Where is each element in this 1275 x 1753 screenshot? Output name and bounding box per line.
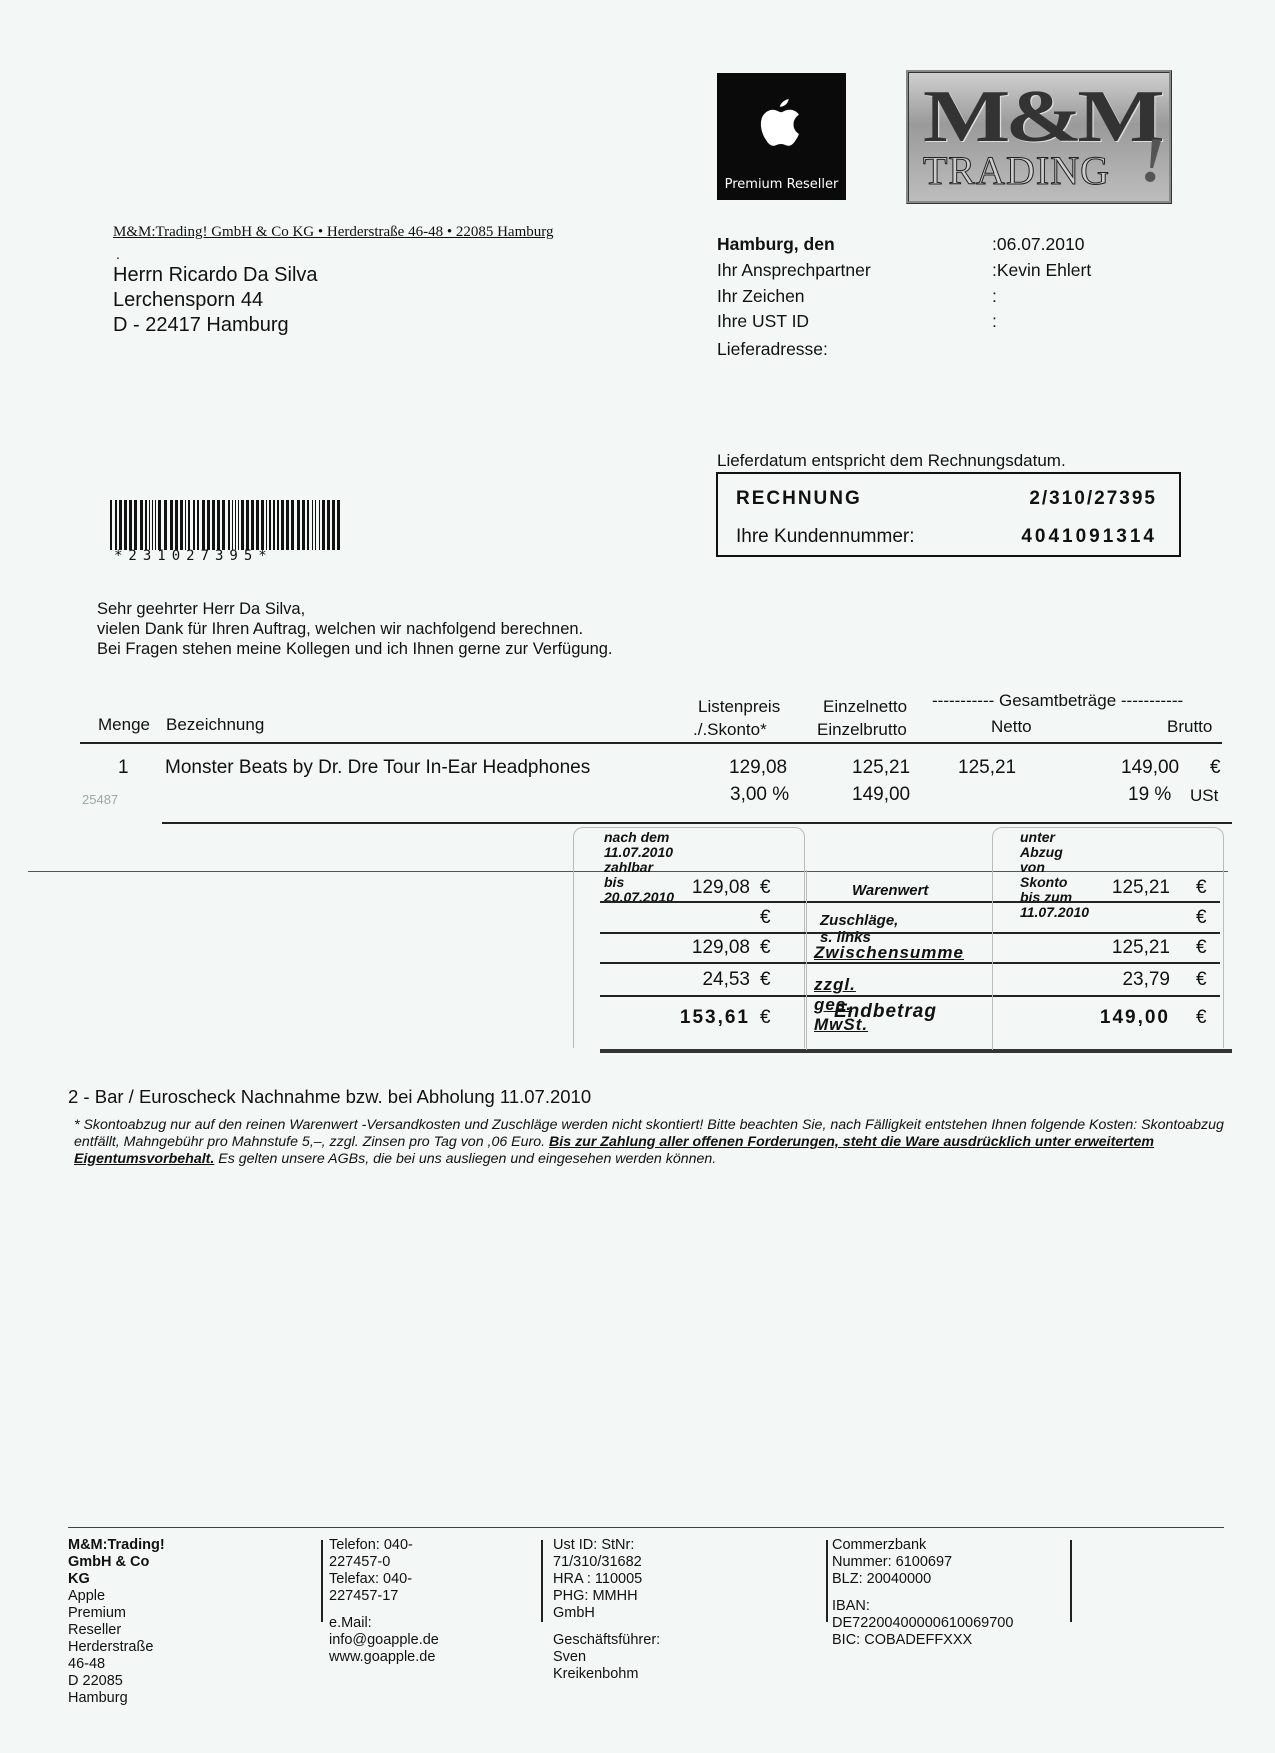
summary-label: Zwischensumme: [814, 943, 964, 963]
summary-rule: [600, 901, 1220, 903]
discount-header: unter Abzug von Skonto bis zum 11.07.201…: [1020, 830, 1089, 920]
col-unit-net: Einzelnetto: [823, 697, 907, 717]
item-unit-net: 125,21: [852, 757, 910, 779]
terms-fineprint: * Skontoabzug nur auf den reinen Warenwe…: [74, 1117, 1224, 1168]
footer-divider: [541, 1540, 543, 1622]
currency-symbol: €: [1196, 877, 1207, 899]
summary-rule: [600, 962, 1220, 964]
item-rule: [162, 822, 1232, 824]
summary-rule: [600, 932, 1220, 934]
footer-phone: Telefon: 040-227457-0: [329, 1537, 439, 1571]
barcode: [110, 500, 342, 550]
fineprint-text: Es gelten unsere AGBs, die bei uns ausli…: [214, 1151, 716, 1167]
col-net: Netto: [991, 717, 1032, 737]
footer-legal: Ust ID: StNr: 71/310/31682 HRA : 110005 …: [553, 1537, 660, 1683]
summary-column-divider: [992, 870, 993, 1050]
apple-icon: [717, 93, 846, 153]
barcode-text: *231027395*: [114, 548, 273, 564]
footer-ceo: Geschäftsführer: Sven Kreikenbohm: [553, 1632, 660, 1683]
letter-line: vielen Dank für Ihren Auftrag, welchen w…: [97, 619, 613, 639]
premium-reseller-label: Premium Reseller: [717, 177, 846, 192]
discounted-amount: 23,79: [1020, 969, 1170, 991]
currency-symbol: €: [1196, 1007, 1207, 1029]
header-rule: [80, 742, 1222, 744]
footer-line: Apple Premium Reseller: [68, 1588, 165, 1639]
meta-value: :: [992, 311, 997, 332]
footer-bank: Commerzbank Nummer: 6100697 BLZ: 2004000…: [832, 1537, 1013, 1649]
item-vat-rate: 19 %: [1128, 784, 1171, 806]
footer-iban-label: IBAN:: [832, 1598, 1013, 1615]
footer-website-link[interactable]: www.goapple.de: [329, 1649, 439, 1666]
brand-word: TRADING: [923, 147, 1110, 194]
article-number: 25487: [82, 792, 118, 807]
meta-label: Hamburg, den: [717, 234, 835, 255]
item-vat-label: USt: [1190, 786, 1218, 806]
meta-value: :Kevin Ehlert: [992, 260, 1091, 281]
due-amount: 129,08: [600, 937, 750, 959]
salutation: Sehr geehrter Herr Da Silva,: [97, 599, 613, 619]
footer-line: D 22085 Hamburg: [68, 1673, 165, 1707]
delivery-note: Lieferdatum entspricht dem Rechnungsdatu…: [717, 451, 1066, 471]
item-discount: 3,00 %: [730, 784, 789, 806]
footer-divider: [321, 1540, 323, 1622]
summary-column-divider: [806, 870, 807, 1050]
footer-iban: DE72200400000610069700: [832, 1615, 1013, 1632]
recipient-city: D - 22417 Hamburg: [113, 313, 318, 338]
meta-label: Ihre UST ID: [717, 311, 809, 332]
meta-value: :: [992, 286, 997, 307]
invoice-number-box: RECHNUNG 2/310/27395 Ihre Kundennummer: …: [716, 472, 1181, 557]
item-list-price: 129,08: [729, 757, 787, 779]
col-unit-gross: Einzelbrutto: [817, 720, 907, 740]
footer-contact: Telefon: 040-227457-0 Telefax: 040-22745…: [329, 1537, 439, 1666]
item-gross: 149,00: [1121, 757, 1179, 779]
customer-number-label: Ihre Kundennummer:: [736, 526, 915, 548]
mm-trading-logo: M&M TRADING !: [906, 70, 1172, 204]
footer-company: M&M:Trading! GmbH & Co KG Apple Premium …: [68, 1537, 165, 1707]
separator-dot: .: [116, 246, 120, 262]
footer-email-link[interactable]: e.Mail: info@goapple.de: [329, 1615, 439, 1649]
footer-fax: Telefax: 040-227457-17: [329, 1571, 439, 1605]
footer-company-name: M&M:Trading! GmbH & Co KG: [68, 1537, 165, 1588]
recipient-name: Herrn Ricardo Da Silva: [113, 263, 318, 288]
currency-symbol: €: [760, 969, 771, 991]
meta-value: :06.07.2010: [992, 234, 1084, 255]
due-amount: 24,53: [600, 969, 750, 991]
footer-divider: [1070, 1540, 1072, 1622]
item-net: 125,21: [958, 757, 1016, 779]
footer-rule: [68, 1527, 1224, 1528]
meta-label: Lieferadresse:: [717, 339, 828, 360]
summary-label: Warenwert: [852, 882, 928, 899]
item-qty: 1: [118, 757, 129, 779]
item-currency: €: [1210, 757, 1221, 779]
due-header-line: nach dem 11.07.2010: [604, 830, 674, 860]
currency-symbol: €: [760, 907, 771, 929]
letter-line: Bei Fragen stehen meine Kollegen und ich…: [97, 639, 613, 659]
recipient-street: Lerchensporn 44: [113, 288, 318, 313]
discounted-amount: 149,00: [1020, 1007, 1170, 1029]
footer-vat-id: Ust ID: StNr: 71/310/31682: [553, 1537, 660, 1571]
footer-line: Herderstraße 46-48: [68, 1639, 165, 1673]
currency-symbol: €: [1196, 969, 1207, 991]
meta-label: Ihr Ansprechpartner: [717, 260, 871, 281]
summary-rule: [600, 995, 1220, 997]
col-list-price: Listenpreis: [698, 697, 780, 717]
due-amount: 129,08: [600, 877, 750, 899]
currency-symbol: €: [760, 937, 771, 959]
item-description: Monster Beats by Dr. Dre Tour In-Ear Hea…: [165, 757, 590, 779]
recipient-address: Herrn Ricardo Da Silva Lerchensporn 44 D…: [113, 263, 318, 338]
meta-label: Ihr Zeichen: [717, 286, 805, 307]
brand-bang: !: [1140, 123, 1165, 197]
col-qty: Menge: [98, 715, 150, 735]
summary-label: Endbetrag: [834, 1001, 937, 1023]
footer-bic: BIC: COBADEFFXXX: [832, 1632, 1013, 1649]
col-totals-group: ----------- Gesamtbeträge -----------: [932, 691, 1183, 711]
payment-terms: 2 - Bar / Euroscheck Nachnahme bzw. bei …: [68, 1086, 591, 1108]
footer-register: HRA : 110005 PHG: MMHH GmbH: [553, 1571, 660, 1622]
due-amount: 153,61: [600, 1007, 750, 1029]
customer-number: 4041091314: [1021, 526, 1157, 548]
letter-intro: Sehr geehrter Herr Da Silva, vielen Dank…: [97, 599, 613, 659]
discounted-amount: 125,21: [1020, 877, 1170, 899]
col-gross: Brutto: [1167, 717, 1212, 737]
footer-bank-name: Commerzbank: [832, 1537, 1013, 1554]
currency-symbol: €: [760, 877, 771, 899]
currency-symbol: €: [760, 1007, 771, 1029]
col-discount: ./.Skonto*: [693, 720, 767, 740]
currency-symbol: €: [1196, 937, 1207, 959]
col-description: Bezeichnung: [166, 715, 264, 735]
currency-symbol: €: [1196, 907, 1207, 929]
footer-divider: [826, 1540, 828, 1622]
apple-premium-reseller-logo: Premium Reseller: [717, 73, 846, 200]
invoice-title: RECHNUNG: [736, 488, 862, 510]
item-unit-gross: 149,00: [852, 784, 910, 806]
summary-bottom-rule: [600, 1049, 1232, 1053]
discounted-amount: 125,21: [1020, 937, 1170, 959]
summary-label: Zuschläge, s. links: [820, 912, 898, 946]
sender-return-address: M&M:Trading! GmbH & Co KG • Herderstraße…: [113, 224, 553, 241]
footer-account: Nummer: 6100697: [832, 1554, 1013, 1571]
invoice-number: 2/310/27395: [1029, 488, 1157, 510]
footer-blz: BLZ: 20040000: [832, 1571, 1013, 1588]
